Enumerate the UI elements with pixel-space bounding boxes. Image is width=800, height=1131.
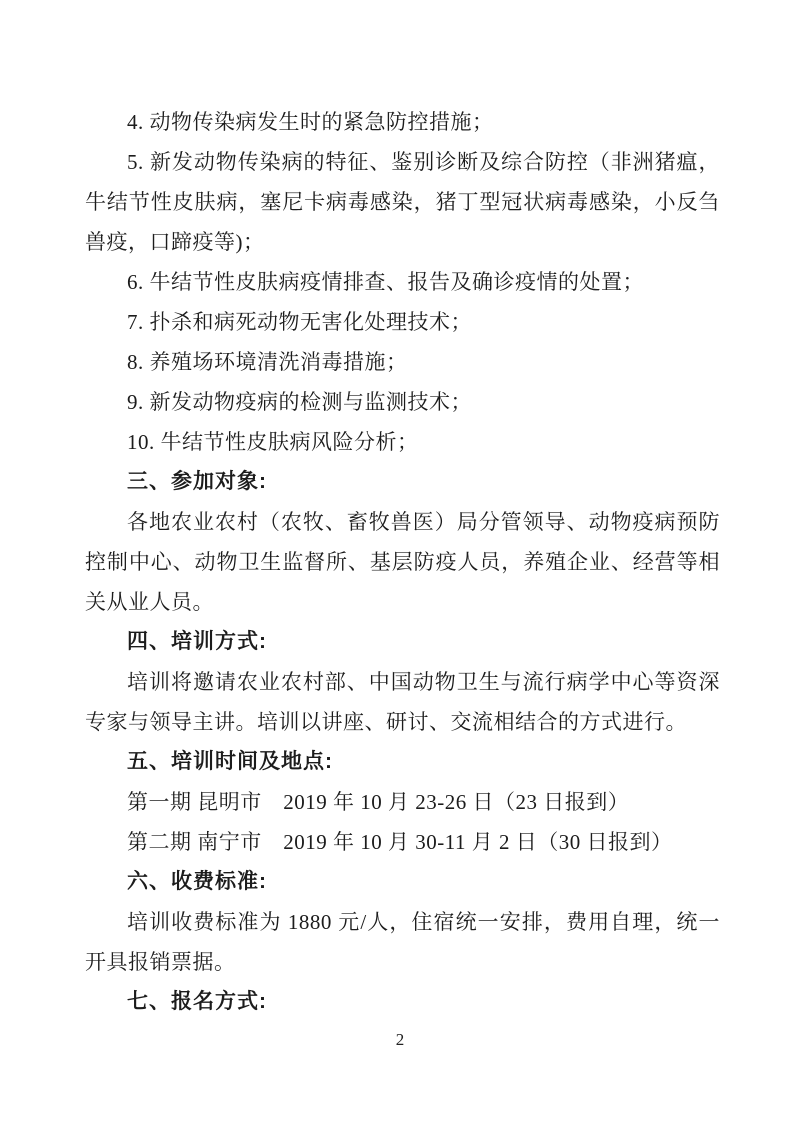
course-item-8: 8. 养殖场环境清洗消毒措施； [85, 342, 720, 382]
course-item-7: 7. 扑杀和病死动物无害化处理技术； [85, 302, 720, 342]
section-heading-registration: 七、报名方式: [85, 982, 720, 1022]
schedule-session-1: 第一期 昆明市 2019 年 10 月 23-26 日（23 日报到） [85, 782, 720, 822]
document-body: 4. 动物传染病发生时的紧急防控措施； 5. 新发动物传染病的特征、鉴别诊断及综… [0, 0, 800, 1022]
section-heading-participants: 三、参加对象: [85, 462, 720, 502]
document-page: 4. 动物传染病发生时的紧急防控措施； 5. 新发动物传染病的特征、鉴别诊断及综… [0, 0, 800, 1131]
course-item-5: 5. 新发动物传染病的特征、鉴别诊断及综合防控（非洲猪瘟，牛结节性皮肤病，塞尼卡… [85, 142, 720, 262]
course-item-10: 10. 牛结节性皮肤病风险分析； [85, 422, 720, 462]
section-heading-fees: 六、收费标准: [85, 862, 720, 902]
section-heading-time-location: 五、培训时间及地点: [85, 742, 720, 782]
paragraph-training-method: 培训将邀请农业农村部、中国动物卫生与流行病学中心等资深专家与领导主讲。培训以讲座… [85, 662, 720, 742]
schedule-session-2: 第二期 南宁市 2019 年 10 月 30-11 月 2 日（30 日报到） [85, 822, 720, 862]
paragraph-fees: 培训收费标准为 1880 元/人，住宿统一安排，费用自理，统一开具报销票据。 [85, 902, 720, 982]
course-item-9: 9. 新发动物疫病的检测与监测技术； [85, 382, 720, 422]
section-heading-training-method: 四、培训方式: [85, 622, 720, 662]
course-item-4: 4. 动物传染病发生时的紧急防控措施； [85, 102, 720, 142]
paragraph-participants: 各地农业农村（农牧、畜牧兽医）局分管领导、动物疫病预防控制中心、动物卫生监督所、… [85, 502, 720, 622]
page-number: 2 [0, 1030, 800, 1050]
course-item-6: 6. 牛结节性皮肤病疫情排查、报告及确诊疫情的处置； [85, 262, 720, 302]
